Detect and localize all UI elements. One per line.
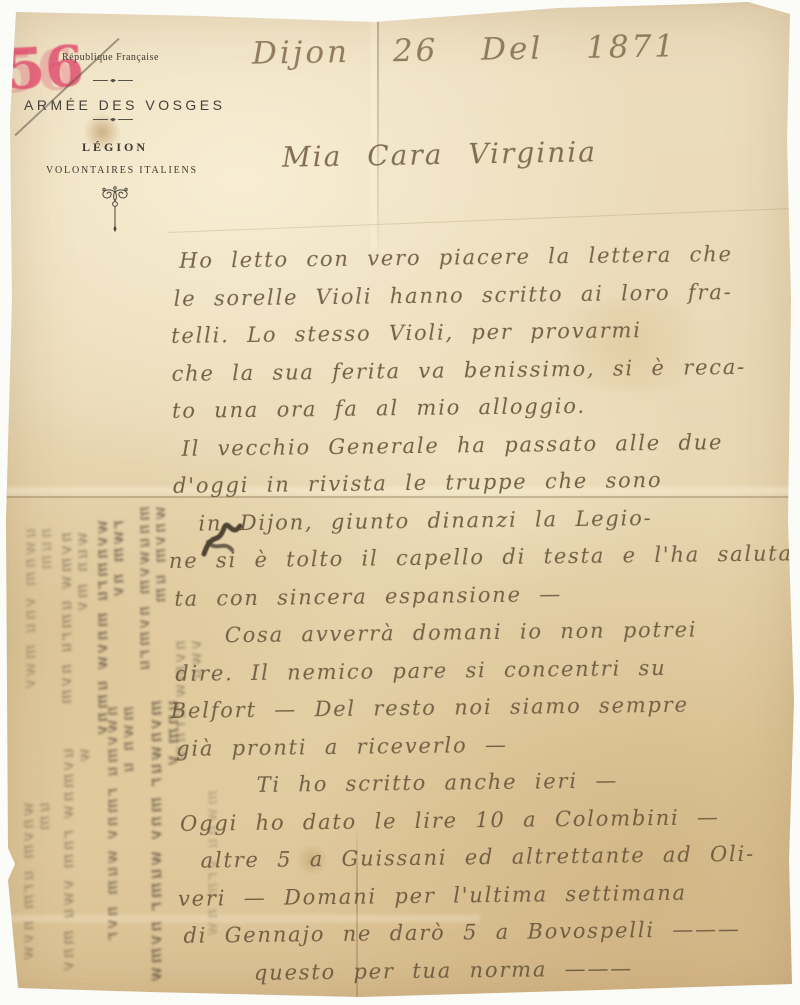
bleedthrough-column: uwnm vnu mwv num [22, 528, 54, 733]
scanned-letter-page: mnuwvm nvmru wnvm um wvnmru mnvw umnv rw… [0, 0, 800, 1005]
handwritten-line: questo per tua norma ——— [174, 948, 800, 993]
ornament-divider-icon [93, 116, 133, 123]
bleedthrough-column: mnuwvm nvmru wnvm um [136, 506, 168, 701]
republic-label: République Française [62, 52, 159, 63]
bleedthrough-column: wvnmru mnvw umnv rwm nv [94, 520, 126, 755]
bleedthrough-column: wnvm urm nvw um [20, 802, 52, 997]
letter-body: Ho letto con vero piacere la lettera che… [165, 235, 800, 993]
date-line: Dijon 26 Del 1871 [252, 28, 678, 71]
salutation: Mia Cara Virginia [282, 135, 597, 173]
bleedthrough-column: uvmnw rnm vwu mnv w [60, 748, 92, 998]
bleedthrough-column: nvmw umru nvm wun mv [58, 532, 90, 752]
volunteers-label: VOLONTAIRES ITALIENS [46, 165, 198, 176]
legion-label: LÉGION [82, 140, 148, 155]
ornament-divider-icon [93, 77, 133, 84]
ink-blot [198, 512, 264, 568]
bleedthrough-column: nwvmu rmnv wum nvr mwn u [104, 706, 136, 996]
paper-sheet: mnuwvm nvmru wnvm um wvnmru mnvw umnv rw… [0, 0, 800, 1005]
fleur-ornament-icon [98, 186, 132, 236]
army-label: ARMÉE DES VOSGES [24, 97, 225, 113]
control-number-stamp: 56 [5, 38, 86, 98]
fold-crease-diagonal [168, 208, 792, 233]
